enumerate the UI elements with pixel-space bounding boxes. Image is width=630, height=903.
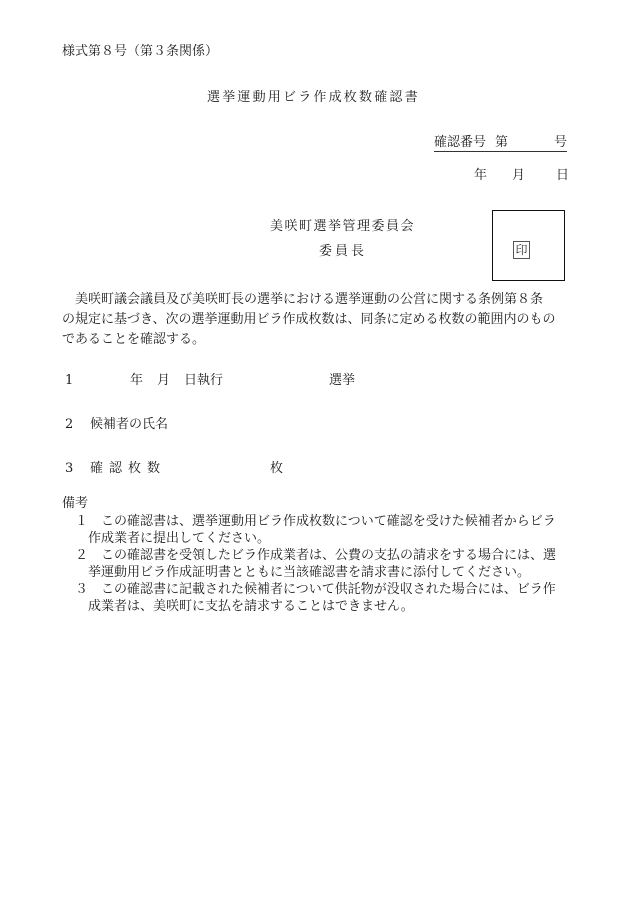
item-2-label: 候補者の氏名: [90, 418, 168, 431]
body-line: 美咲町議会議員及び美咲町長の選挙における選挙運動の公営に関する条例第８条: [62, 290, 572, 310]
item-1-year: 年: [130, 374, 143, 387]
item-2-number: 2: [65, 418, 73, 431]
note-line: ３ この確認書に記載された候補者について供託物が没収された場合には、ビラ作: [62, 581, 572, 598]
date-month: 月: [512, 169, 525, 182]
item-1-month: 月: [157, 374, 170, 387]
notes-title: 備考: [62, 497, 88, 510]
document-title: 選挙運動用ビラ作成枚数確認書: [207, 91, 420, 104]
note-line: 挙運動用ビラ作成証明書とともに当該確認書を請求書に添付してください。: [62, 564, 572, 581]
date-year: 年: [474, 169, 487, 182]
note-line: １ この確認書は、選挙運動用ビラ作成枚数について確認を受けた候補者からビラ: [62, 513, 572, 530]
item-3-number: 3: [65, 462, 73, 475]
body-paragraph: 美咲町議会議員及び美咲町長の選挙における選挙運動の公営に関する条例第８条 の規定…: [62, 290, 572, 350]
item-1-number: 1: [65, 374, 73, 387]
note-line: 成業者は、美咲町に支払を請求することはできません。: [62, 598, 572, 615]
confirmation-number-prefix: 第: [495, 136, 508, 149]
confirmation-number-label: 確認番号: [434, 136, 486, 149]
note-item: １ この確認書は、選挙運動用ビラ作成枚数について確認を受けた候補者からビラ 作成…: [62, 513, 572, 547]
item-3-label: 確認枚数: [90, 462, 166, 475]
item-1-day: 日執行: [184, 374, 223, 387]
note-line: ２ この確認書を受領したビラ作成業者は、公費の支払の請求をする場合には、選: [62, 547, 572, 564]
note-item: ３ この確認書に記載された候補者について供託物が没収された場合には、ビラ作 成業…: [62, 581, 572, 615]
confirmation-number-suffix: 号: [554, 136, 567, 149]
confirmation-number-line: 確認番号 第 号: [434, 136, 567, 152]
form-number: 様式第８号（第３条関係）: [62, 45, 218, 58]
body-line: の規定に基づき、次の選挙運動用ビラ作成枚数は、同条に定める枚数の範囲内のもの: [62, 310, 572, 330]
note-line: 作成業者に提出してください。: [62, 530, 572, 547]
date-day: 日: [556, 169, 569, 182]
note-item: ２ この確認書を受領したビラ作成業者は、公費の支払の請求をする場合には、選 挙運…: [62, 547, 572, 581]
body-line: であることを確認する。: [62, 330, 572, 350]
issuer-organization: 美咲町選挙管理委員会: [270, 220, 415, 233]
issuer-position: 委員長: [319, 245, 367, 258]
item-1-election: 選挙: [329, 374, 355, 387]
seal-icon: 印: [513, 241, 530, 259]
item-3-unit: 枚: [270, 462, 283, 475]
